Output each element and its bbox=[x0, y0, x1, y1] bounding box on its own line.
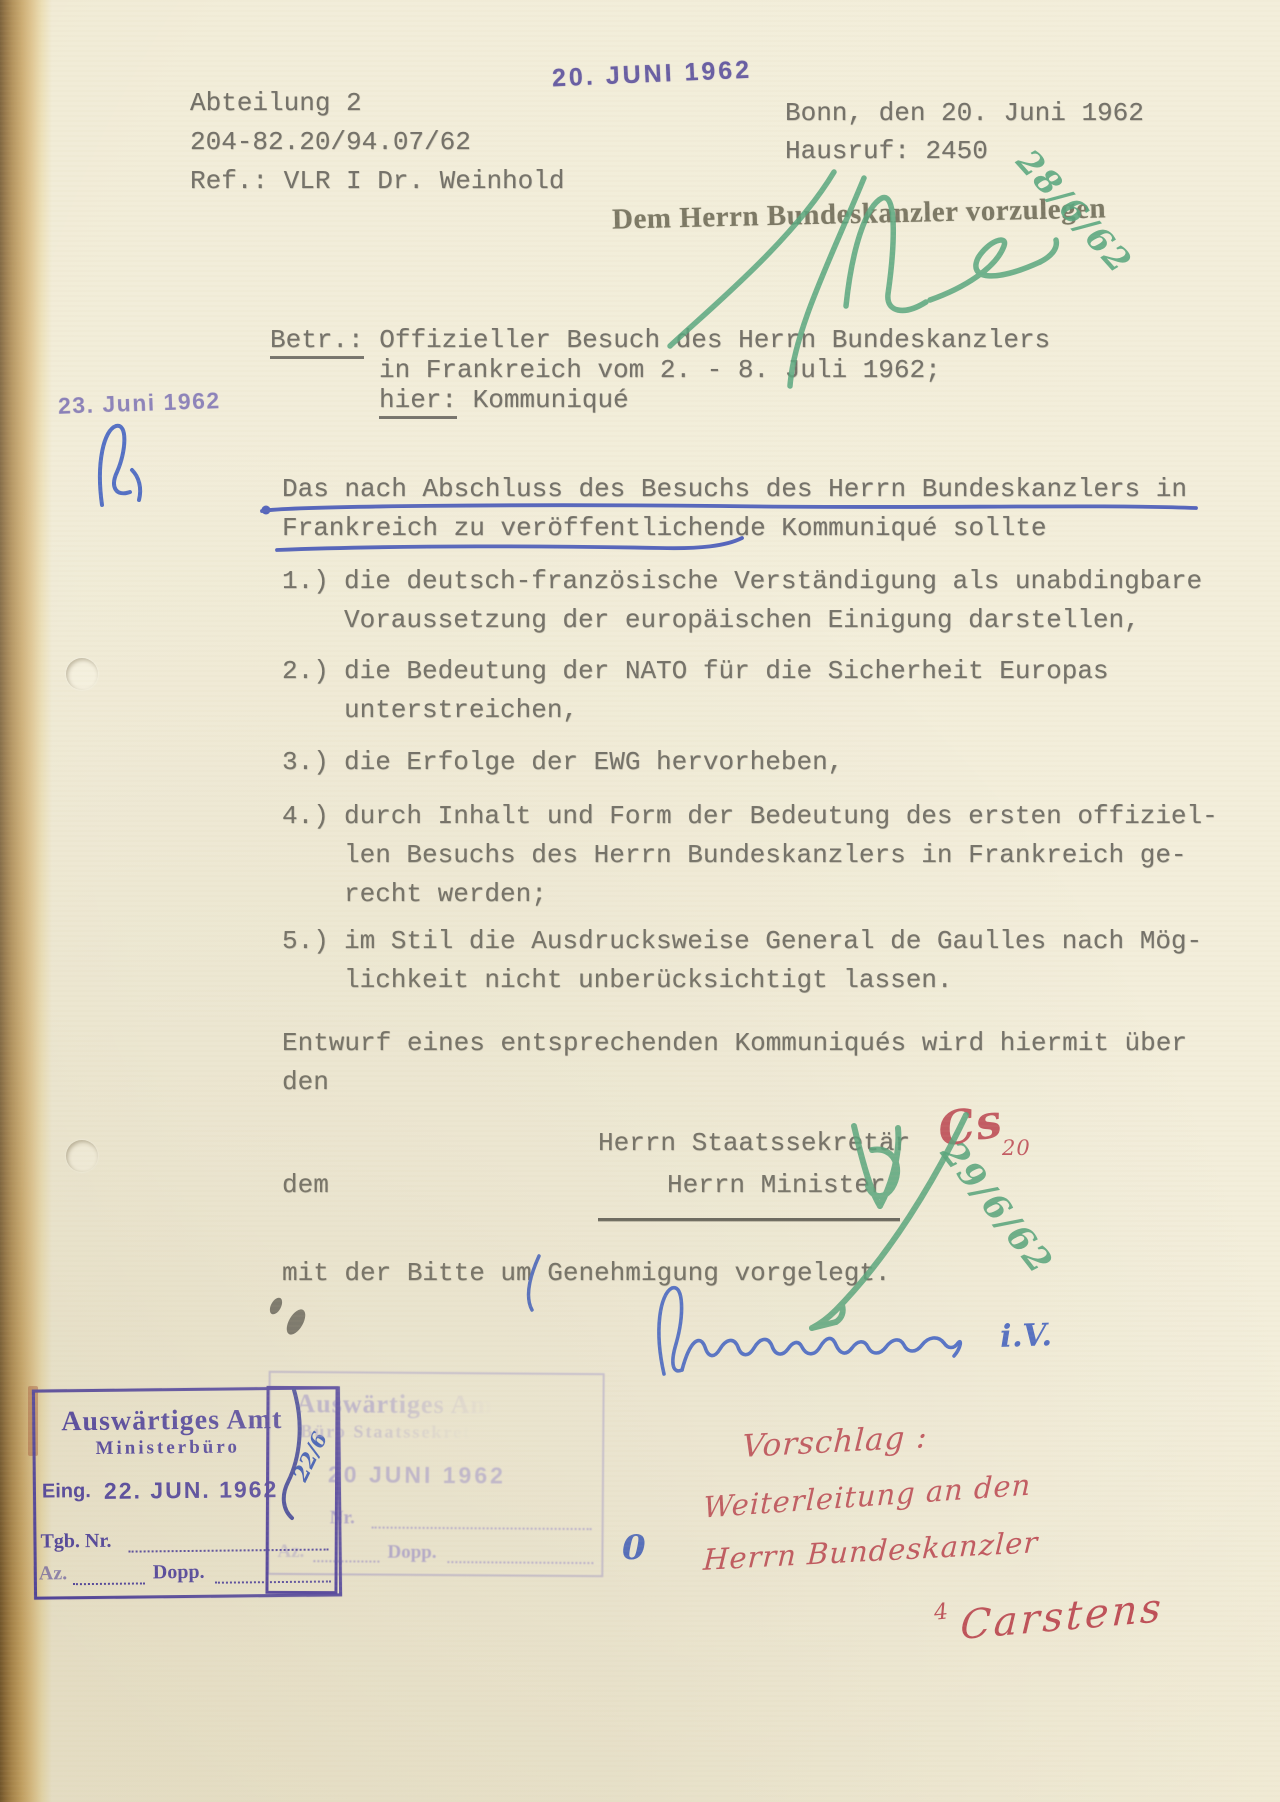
item-4-line-2: len Besuchs des Herrn Bundeskanzlers in … bbox=[344, 840, 1187, 870]
registry-stamp-office: Ministerbüro bbox=[95, 1436, 240, 1460]
subject-line-3: hier: Kommuniqué bbox=[379, 385, 629, 415]
recipient-minister: Herrn Minister bbox=[667, 1170, 885, 1200]
left-date-stamp: 23. Juni 1962 bbox=[58, 387, 222, 420]
header-department: Abteilung 2 bbox=[190, 88, 362, 118]
intro-line-1: Das nach Abschluss des Besuchs des Herrn… bbox=[282, 474, 1187, 504]
typed-divider-rule bbox=[598, 1218, 900, 1221]
red-paraph-carstens: Cs bbox=[934, 1093, 1007, 1157]
item-4-line-3: recht werden; bbox=[344, 879, 547, 909]
red-note-vorschlag: Vorschlag : bbox=[741, 1419, 928, 1465]
red-note-weiterleitung: Weiterleitung an den bbox=[703, 1467, 1032, 1524]
ink-smudges bbox=[267, 1296, 309, 1338]
registry-stamp-org: Auswärtiges Amt bbox=[61, 1404, 282, 1438]
request-line: mit der Bitte um Genehmigung vorgelegt. bbox=[282, 1258, 891, 1288]
closing-line-2: den bbox=[282, 1067, 329, 1097]
presentation-stamp: Dem Herrn Bundeskanzler vorzulegen bbox=[612, 192, 1107, 236]
hole-punch-bottom bbox=[66, 1140, 98, 1172]
item-2-line-1: die Bedeutung der NATO für die Sicherhei… bbox=[344, 656, 1109, 686]
subject-here-label: hier: bbox=[379, 385, 457, 419]
blue-paraph-left bbox=[100, 426, 140, 505]
subject-line-1: Betr.: Offizieller Besuch des Herrn Bund… bbox=[270, 325, 1050, 355]
item-4-line-1: durch Inhalt und Form der Bedeutung des … bbox=[344, 801, 1218, 831]
subject-here-value: Kommuniqué bbox=[473, 385, 629, 415]
stamp-inner-box bbox=[265, 1386, 338, 1594]
item-2-line-2: unterstreichen, bbox=[344, 695, 578, 725]
closing-dem: dem bbox=[282, 1170, 329, 1200]
intro-line-2: Frankreich zu veröffentlichende Kommuniq… bbox=[282, 513, 1047, 543]
header-place-date: Bonn, den 20. Juni 1962 bbox=[785, 98, 1144, 128]
closing-line-1: Entwurf eines entsprechenden Kommuniqués… bbox=[282, 1028, 1187, 1058]
blue-signature bbox=[659, 1288, 960, 1374]
header-file-number: 204-82.20/94.07/62 bbox=[190, 127, 471, 157]
registry-stamp-eing-date: 22. JUN. 1962 bbox=[104, 1476, 279, 1505]
blue-zero-mark: 0 bbox=[622, 1528, 646, 1568]
item-3-line-1: die Erfolge der EWG hervorheben, bbox=[344, 747, 843, 777]
item-5-line-1: im Stil die Ausdrucksweise General de Ga… bbox=[344, 926, 1202, 956]
registry-stamp-az-label: Az. bbox=[39, 1562, 68, 1585]
item-4-num: 4.) bbox=[282, 801, 329, 831]
recipient-state-secretary: Herrn Staatssekretär bbox=[598, 1128, 910, 1158]
item-1-line-2: Voraussetzung der europäischen Einigung … bbox=[344, 605, 1140, 635]
subject-label: Betr.: bbox=[270, 325, 364, 359]
registry-stamp-az-leader bbox=[73, 1581, 145, 1585]
item-2-num: 2.) bbox=[282, 656, 329, 686]
item-1-num: 1.) bbox=[282, 566, 329, 596]
red-signature-carstens: Carstens bbox=[959, 1585, 1165, 1649]
received-date-stamp: 20. JUNI 1962 bbox=[551, 56, 752, 94]
subject-line-2: in Frankreich vom 2. - 8. Juli 1962; bbox=[379, 355, 941, 385]
red-signature-prefix: 4 bbox=[933, 1599, 951, 1625]
hole-punch-top bbox=[66, 658, 98, 690]
item-5-line-2: lichkeit nicht unberücksichtigt lassen. bbox=[344, 965, 953, 995]
red-note-bundeskanzler: Herrn Bundeskanzler bbox=[702, 1525, 1039, 1577]
registry-stamp-eing-label: Eing. bbox=[42, 1480, 91, 1504]
faint-stamp-date: 20 JUNI 1962 bbox=[328, 1461, 506, 1489]
registry-stamp-dopp-label: Dopp. bbox=[153, 1561, 205, 1585]
green-date-bottom: 29/6/62 bbox=[932, 1134, 1060, 1282]
subject-text: Offizieller Besuch des Herrn Bundeskanzl… bbox=[379, 325, 1050, 355]
blue-iv-note: i.V. bbox=[999, 1317, 1052, 1355]
item-3-num: 3.) bbox=[282, 747, 329, 777]
registry-stamp-tgb-label: Tgb. Nr. bbox=[40, 1530, 111, 1554]
faint-stamp-dopp-label: Dopp. bbox=[387, 1542, 436, 1564]
header-phone: Hausruf: 2450 bbox=[785, 136, 988, 166]
header-referent: Ref.: VLR I Dr. Weinhold bbox=[190, 166, 564, 196]
faint-stamp-nr-leader bbox=[372, 1526, 592, 1531]
faint-stamp-dopp-leader bbox=[447, 1560, 593, 1564]
scanned-document-page: Abteilung 2 204-82.20/94.07/62 Ref.: VLR… bbox=[0, 0, 1280, 1802]
red-paraph-date-number: 20 bbox=[1002, 1136, 1031, 1160]
item-1-line-1: die deutsch-französische Verständigung a… bbox=[344, 566, 1202, 596]
item-5-num: 5.) bbox=[282, 926, 329, 956]
